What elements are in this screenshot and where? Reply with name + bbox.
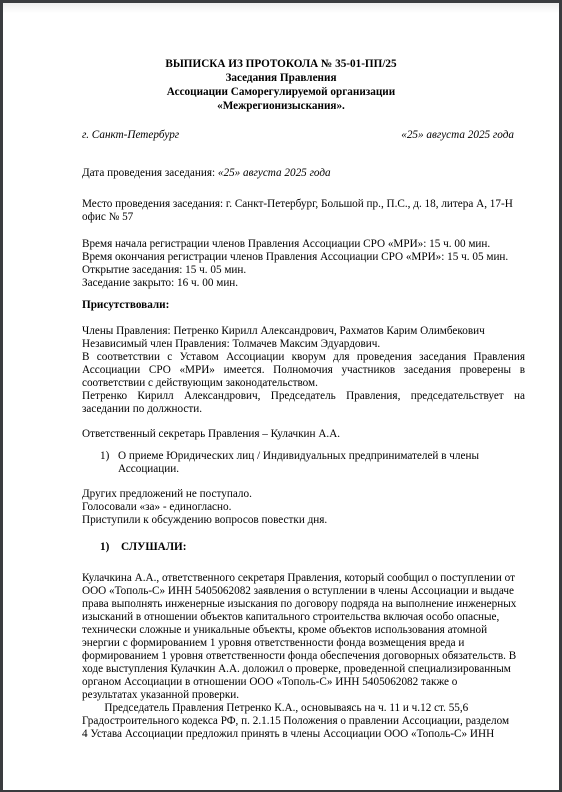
agenda-item-line-1: О приеме Юридических лиц / Индивидуальны… [118, 450, 479, 463]
no-other-proposals: Других предложений не поступало. [82, 488, 252, 501]
chair-line-1: Петренко Кирилл Александрович, Председат… [82, 390, 525, 403]
meeting-place-line-1: Место проведения заседания: г. Санкт-Пет… [82, 198, 513, 211]
quorum-line-2: Ассоциации СРО «МРИ» имеется. Полномочия… [82, 364, 525, 377]
heard-line-10: результатах указанной проверки. [82, 689, 239, 702]
section-number: 1) [100, 541, 109, 554]
heard-line-8: ходе выступления Кулачкин А.А. доложил о… [82, 663, 511, 676]
document-city: г. Санкт-Петербург [82, 129, 179, 142]
document-title-line-4: «Межрегионизыскания». [3, 100, 559, 114]
meeting-open-time: Открытие заседания: 15 ч. 05 мин. [82, 264, 246, 277]
registration-end-time: Время окончания регистрации членов Правл… [82, 251, 508, 264]
heard-line-1: Кулачкина А.А., ответственного секретаря… [82, 572, 515, 585]
document-date: «25» августа 2025 года [401, 129, 514, 142]
heard-line-13: 4 Устава Ассоциации предложил принять в … [82, 728, 494, 741]
agenda-item-number: 1) [100, 450, 109, 463]
discussion-start: Приступили к обсуждению вопросов повестк… [82, 514, 327, 527]
meeting-date-value: «25» августа 2025 года [218, 167, 331, 179]
heard-line-3: права выполнять инженерные изыскания по … [82, 598, 516, 611]
meeting-close-time: Заседание закрыто: 16 ч. 00 мин. [82, 277, 238, 290]
quorum-line-3: соответствии с действующим законодательс… [82, 377, 318, 390]
independent-member-line: Независимый член Правления: Толмачев Мак… [82, 338, 380, 351]
board-members-line: Члены Правления: Петренко Кирилл Алексан… [82, 325, 485, 338]
heard-line-9: органом Ассоциации в отношении ООО «Топо… [82, 676, 457, 689]
heard-line-6: энергии с формированием 1 уровня ответст… [82, 637, 464, 650]
heard-line-2: ООО «Тополь-С» ИНН 5405062082 заявления … [82, 585, 514, 598]
document-title-line-3: Ассоциации Саморегулируемой организации [3, 86, 559, 100]
quorum-line-1: В соответствии с Уставом Ассоциации квор… [82, 351, 525, 364]
heard-line-5: технически сложные и уникальные объекты,… [82, 624, 487, 637]
heard-line-12: Градостроительного кодекса РФ, п. 2.1.15… [82, 715, 509, 728]
registration-start-time: Время начала регистрации членов Правлени… [82, 238, 490, 251]
present-heading: Присутствовали: [82, 299, 169, 312]
secretary-line: Ответственный секретарь Правления – Кула… [82, 428, 340, 441]
agenda-item-line-2: Ассоциации. [118, 463, 179, 476]
document-title-line-1: ВЫПИСКА ИЗ ПРОТОКОЛА № 35-01-ПП/25 [3, 58, 559, 72]
heard-line-7: формированием 1 уровня ответственности ф… [82, 650, 516, 663]
document-title-line-2: Заседания Правления [3, 72, 559, 86]
meeting-date-label: Дата проведения заседания: [82, 167, 218, 179]
heard-line-4: изысканий в отношении объектов капитальн… [82, 611, 499, 624]
heard-line-11: Председатель Правления Петренко К.А., ос… [82, 702, 468, 715]
chair-line-2: заседании по должности. [82, 403, 202, 416]
document-page: ВЫПИСКА ИЗ ПРОТОКОЛА № 35-01-ПП/25 Засед… [3, 3, 559, 790]
meeting-place-line-2: офис № 57 [82, 211, 133, 224]
vote-result: Голосовали «за» - единогласно. [82, 501, 231, 514]
section-heading: СЛУШАЛИ: [121, 541, 186, 554]
meeting-date: Дата проведения заседания: «25» августа … [82, 167, 331, 180]
